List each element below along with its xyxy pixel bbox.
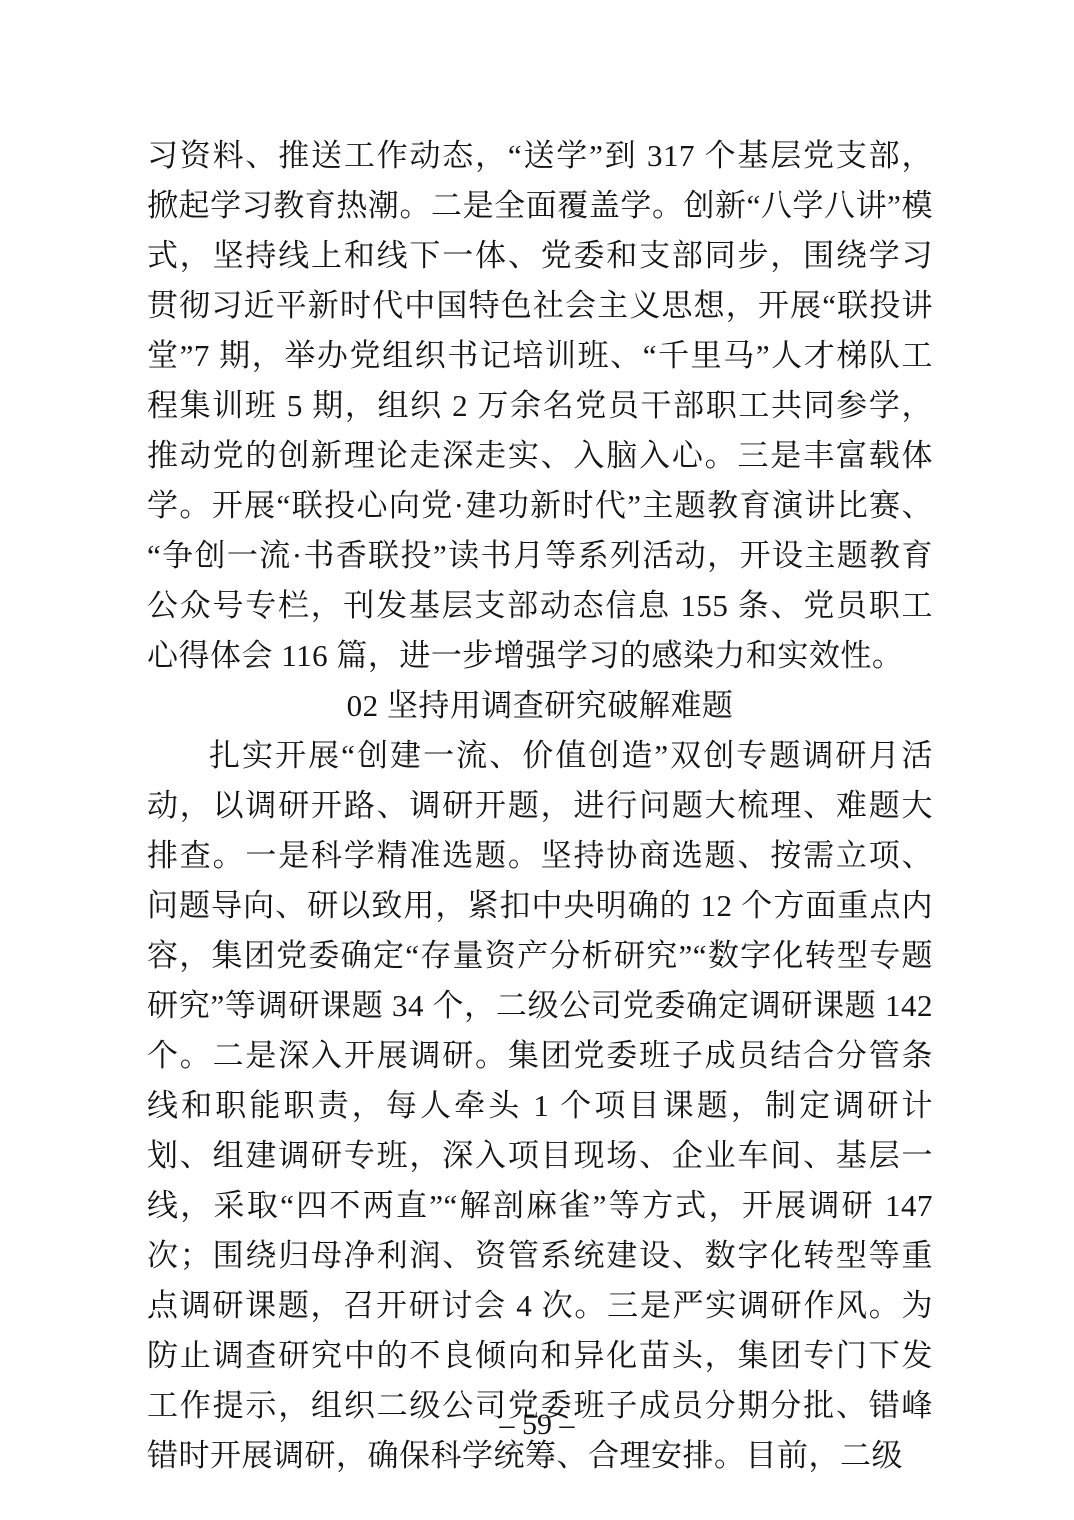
document-page: 习资料、推送工作动态，“送学”到 317 个基层党支部，掀起学习教育热潮。二是全…	[0, 0, 1074, 1520]
page-number: – 59 –	[0, 1405, 1074, 1445]
paragraph-investigation-research: 扎实开展“创建一流、价值创造”双创专题调研月活动，以调研开路、调研开题，进行问题…	[147, 731, 933, 1481]
document-content: 习资料、推送工作动态，“送学”到 317 个基层党支部，掀起学习教育热潮。二是全…	[147, 131, 933, 1481]
section-heading-02: 02 坚持用调查研究破解难题	[147, 681, 933, 731]
paragraph-learning-education: 习资料、推送工作动态，“送学”到 317 个基层党支部，掀起学习教育热潮。二是全…	[147, 131, 933, 681]
